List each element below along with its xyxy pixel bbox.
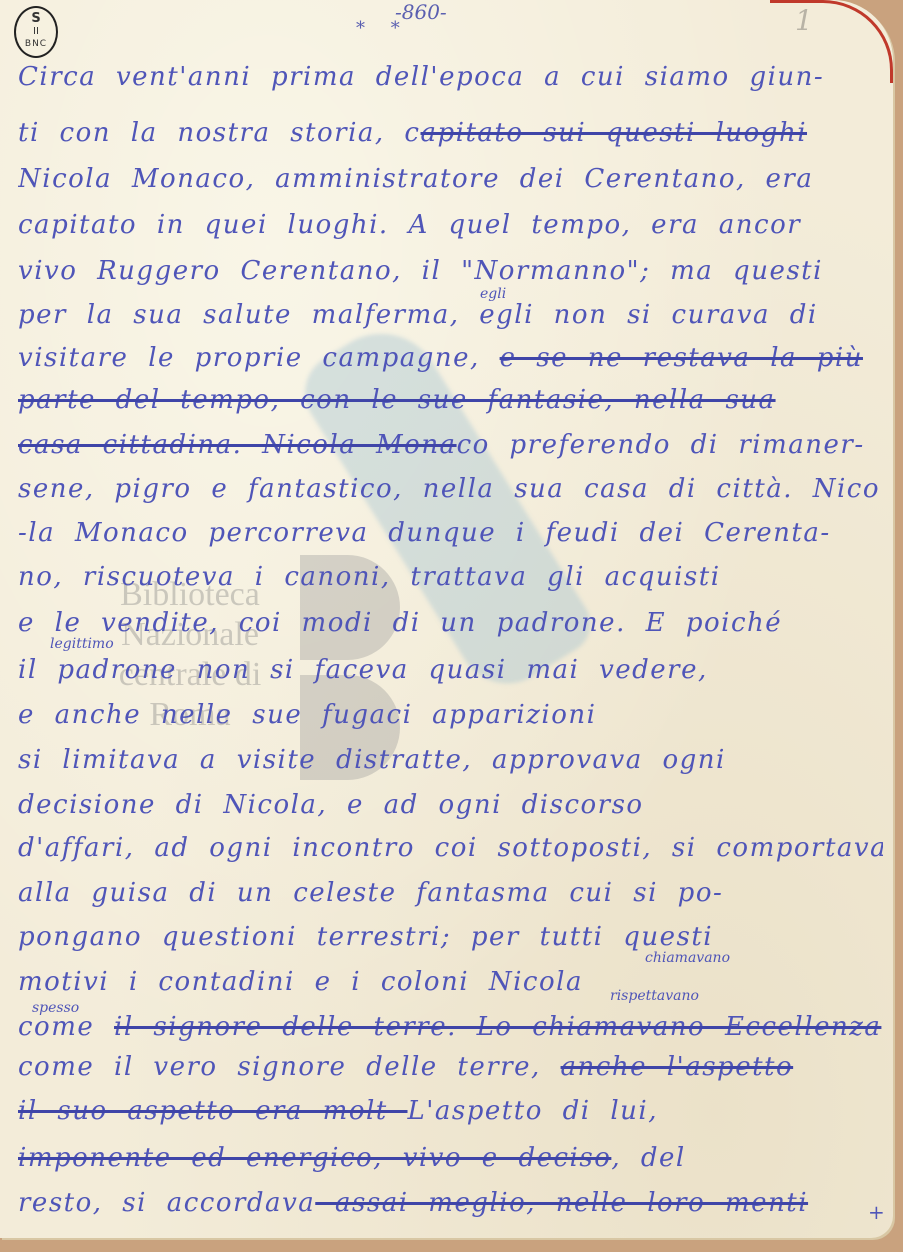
interlinear-note: spesso: [32, 1000, 79, 1016]
manuscript-line: no, riscuoteva i canoni, trattava gli ac…: [18, 562, 883, 592]
interlinear-note: egli: [480, 286, 506, 302]
manuscript-page: S II BNC -860- * * 1 Biblioteca Nazional…: [0, 0, 893, 1238]
margin-mark: +: [868, 1200, 885, 1224]
manuscript-line: imponente ed energico, vivo e deciso, de…: [18, 1143, 883, 1173]
manuscript-line: si limitava a visite distratte, approvav…: [18, 745, 883, 775]
manuscript-line: visitare le proprie campagne, e se ne re…: [18, 343, 883, 373]
manuscript-line: vivo Ruggero Cerentano, il "Normanno"; m…: [18, 256, 883, 286]
manuscript-line: d'affari, ad ogni incontro coi sottopost…: [18, 833, 883, 863]
manuscript-line: per la sua salute malferma, egli non si …: [18, 300, 883, 330]
manuscript-line: il padrone non si faceva quasi mai veder…: [18, 655, 883, 685]
manuscript-line: come il vero signore delle terre, anche …: [18, 1052, 883, 1082]
manuscript-line: Nicola Monaco, amministratore dei Cerent…: [18, 164, 883, 194]
manuscript-text: Circa vent'anni prima dell'epoca a cui s…: [0, 0, 893, 1238]
manuscript-line: casa cittadina. Nicola Monaco preferendo…: [18, 430, 883, 460]
manuscript-line: ti con la nostra storia, capitato sui qu…: [18, 118, 883, 148]
interlinear-note: rispettavano: [610, 988, 699, 1004]
interlinear-note: legittimo: [50, 636, 114, 652]
manuscript-line: alla guisa di un celeste fantasma cui si…: [18, 878, 883, 908]
manuscript-line: come il signore delle terre. Lo chiamava…: [18, 1012, 883, 1042]
manuscript-line: sene, pigro e fantastico, nella sua casa…: [18, 474, 883, 504]
manuscript-line: -la Monaco percorreva dunque i feudi dei…: [18, 518, 883, 548]
manuscript-line: motivi i contadini e i coloni Nicola: [18, 967, 883, 997]
interlinear-note: chiamavano: [645, 950, 730, 966]
manuscript-line: decisione di Nicola, e ad ogni discorso: [18, 790, 883, 820]
manuscript-line: parte del tempo, con le sue fantasie, ne…: [18, 385, 883, 415]
manuscript-line: e anche nelle sue fugaci apparizioni: [18, 700, 883, 730]
manuscript-line: pongano questioni terrestri; per tutti q…: [18, 922, 883, 952]
manuscript-line: capitato in quei luoghi. A quel tempo, e…: [18, 210, 883, 240]
manuscript-line: il suo aspetto era molt L'aspetto di lui…: [18, 1096, 883, 1126]
manuscript-line: resto, si accordava assai meglio, nelle …: [18, 1188, 883, 1218]
manuscript-line: Circa vent'anni prima dell'epoca a cui s…: [18, 62, 883, 92]
manuscript-line: e le vendite, coi modi di un padrone. E …: [18, 608, 883, 638]
